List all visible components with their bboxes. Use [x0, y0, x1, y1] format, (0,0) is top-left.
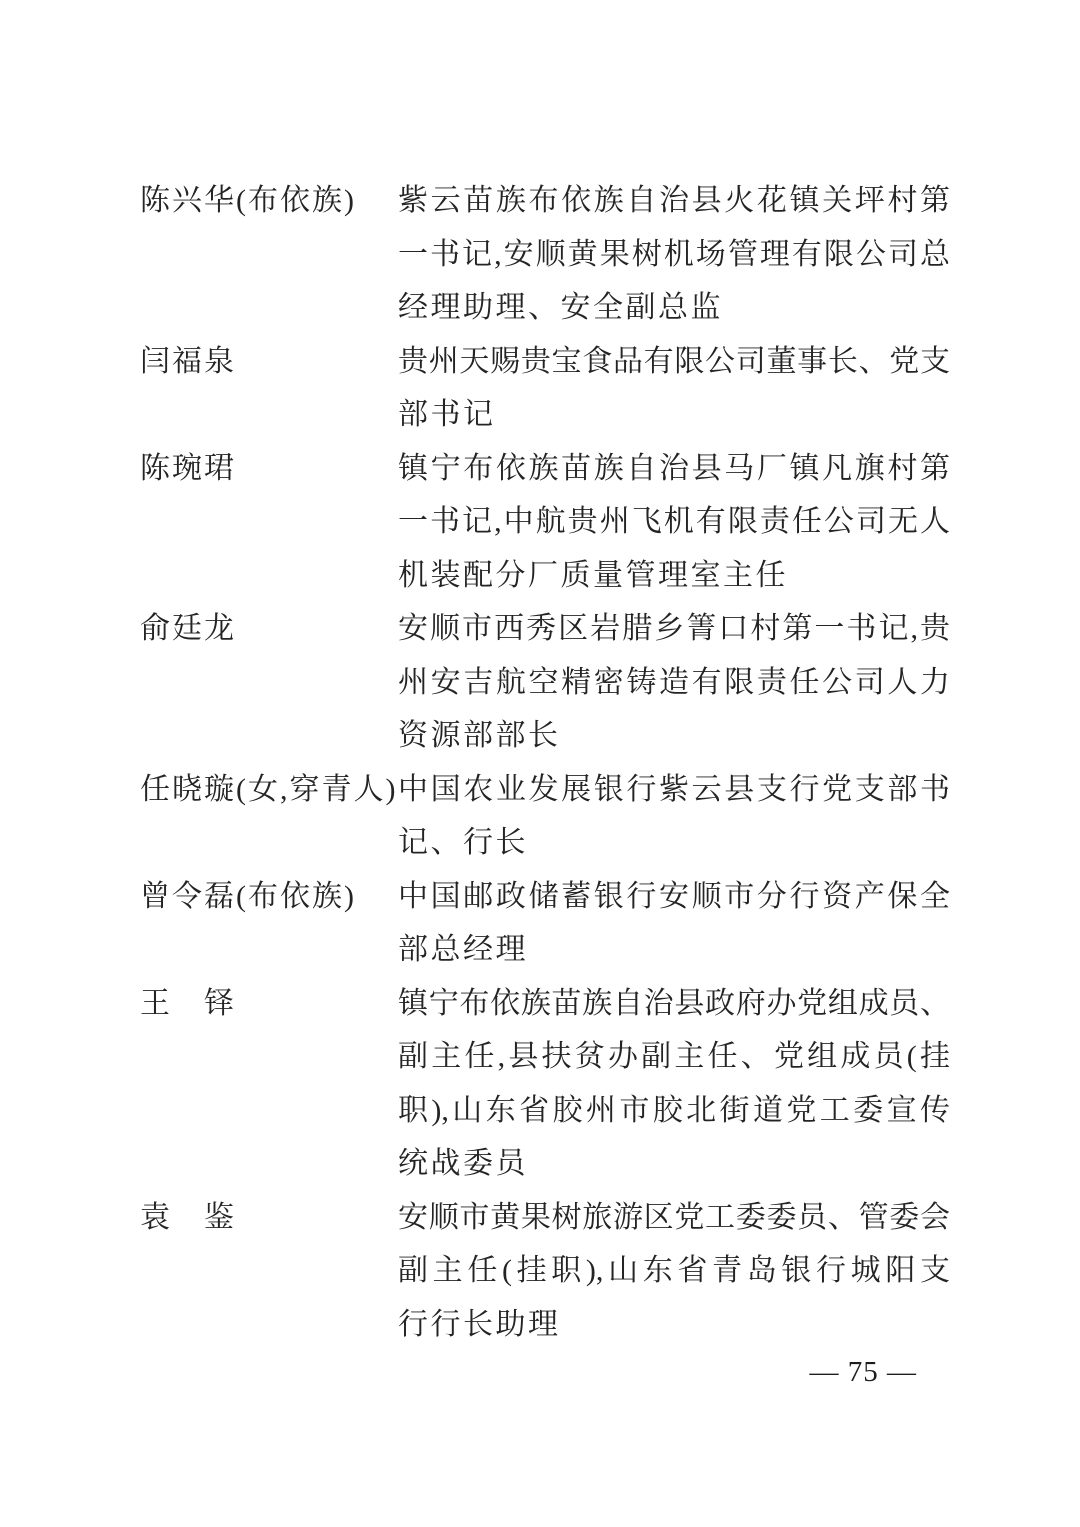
position-line: 安顺市西秀区岩腊乡箐口村第一书记,贵	[398, 602, 950, 656]
person-position: 镇宁布依族苗族自治县政府办党组成员、副主任,县扶贫办副主任、党组成员(挂职),山…	[398, 977, 950, 1191]
list-item: 袁 鉴 安顺市黄果树旅游区党工委委员、管委会副主任(挂职),山东省青岛银行城阳支…	[140, 1191, 950, 1352]
position-line: 州安吉航空精密铸造有限责任公司人力	[398, 656, 950, 710]
position-line: 副主任,县扶贫办副主任、党组成员(挂	[398, 1030, 950, 1084]
position-line: 紫云苗族布依族自治县火花镇关坪村第	[398, 174, 950, 228]
position-line: 行行长助理	[398, 1298, 950, 1352]
person-name: 陈琬珺	[140, 442, 398, 496]
person-position: 贵州天赐贵宝食品有限公司董事长、党支部书记	[398, 335, 950, 442]
list-item: 闫福泉 贵州天赐贵宝食品有限公司董事长、党支部书记	[140, 335, 950, 442]
person-name: 俞廷龙	[140, 602, 398, 656]
person-name: 陈兴华(布依族)	[140, 174, 398, 228]
position-line: 中国农业发展银行紫云县支行党支部书	[398, 763, 950, 817]
position-line: 记、行长	[398, 816, 950, 870]
person-name: 曾令磊(布依族)	[140, 870, 398, 924]
list-item: 曾令磊(布依族) 中国邮政储蓄银行安顺市分行资产保全部总经理	[140, 870, 950, 977]
name-roster-list: 陈兴华(布依族) 紫云苗族布依族自治县火花镇关坪村第一书记,安顺黄果树机场管理有…	[140, 174, 950, 1351]
position-line: 经理助理、安全副总监	[398, 281, 950, 335]
person-name: 袁 鉴	[140, 1191, 398, 1245]
list-item: 陈琬珺 镇宁布依族苗族自治县马厂镇凡旗村第一书记,中航贵州飞机有限责任公司无人机…	[140, 442, 950, 603]
position-line: 一书记,中航贵州飞机有限责任公司无人	[398, 495, 950, 549]
position-line: 部书记	[398, 388, 950, 442]
list-item: 俞廷龙 安顺市西秀区岩腊乡箐口村第一书记,贵州安吉航空精密铸造有限责任公司人力资…	[140, 602, 950, 763]
position-line: 副主任(挂职),山东省青岛银行城阳支	[398, 1244, 950, 1298]
person-name: 闫福泉	[140, 335, 398, 389]
person-position: 安顺市西秀区岩腊乡箐口村第一书记,贵州安吉航空精密铸造有限责任公司人力资源部部长	[398, 602, 950, 763]
list-item: 王 铎 镇宁布依族苗族自治县政府办党组成员、副主任,县扶贫办副主任、党组成员(挂…	[140, 977, 950, 1191]
page-number: — 75 —	[810, 1352, 918, 1392]
person-name: 王 铎	[140, 977, 398, 1031]
position-line: 职),山东省胶州市胶北街道党工委宣传	[398, 1084, 950, 1138]
person-name: 任晓璇(女,穿青人)	[140, 763, 398, 817]
list-item: 任晓璇(女,穿青人) 中国农业发展银行紫云县支行党支部书记、行长	[140, 763, 950, 870]
position-line: 部总经理	[398, 923, 950, 977]
position-line: 资源部部长	[398, 709, 950, 763]
position-line: 贵州天赐贵宝食品有限公司董事长、党支	[398, 335, 950, 389]
list-item: 陈兴华(布依族) 紫云苗族布依族自治县火花镇关坪村第一书记,安顺黄果树机场管理有…	[140, 174, 950, 335]
position-line: 一书记,安顺黄果树机场管理有限公司总	[398, 228, 950, 282]
position-line: 镇宁布依族苗族自治县政府办党组成员、	[398, 977, 950, 1031]
position-line: 机装配分厂质量管理室主任	[398, 549, 950, 603]
person-position: 紫云苗族布依族自治县火花镇关坪村第一书记,安顺黄果树机场管理有限公司总经理助理、…	[398, 174, 950, 335]
position-line: 统战委员	[398, 1137, 950, 1191]
person-position: 中国农业发展银行紫云县支行党支部书记、行长	[398, 763, 950, 870]
position-line: 镇宁布依族苗族自治县马厂镇凡旗村第	[398, 442, 950, 496]
person-position: 镇宁布依族苗族自治县马厂镇凡旗村第一书记,中航贵州飞机有限责任公司无人机装配分厂…	[398, 442, 950, 603]
person-position: 中国邮政储蓄银行安顺市分行资产保全部总经理	[398, 870, 950, 977]
position-line: 中国邮政储蓄银行安顺市分行资产保全	[398, 870, 950, 924]
person-position: 安顺市黄果树旅游区党工委委员、管委会副主任(挂职),山东省青岛银行城阳支行行长助…	[398, 1191, 950, 1352]
position-line: 安顺市黄果树旅游区党工委委员、管委会	[398, 1191, 950, 1245]
document-page: 陈兴华(布依族) 紫云苗族布依族自治县火花镇关坪村第一书记,安顺黄果树机场管理有…	[0, 0, 1080, 1527]
